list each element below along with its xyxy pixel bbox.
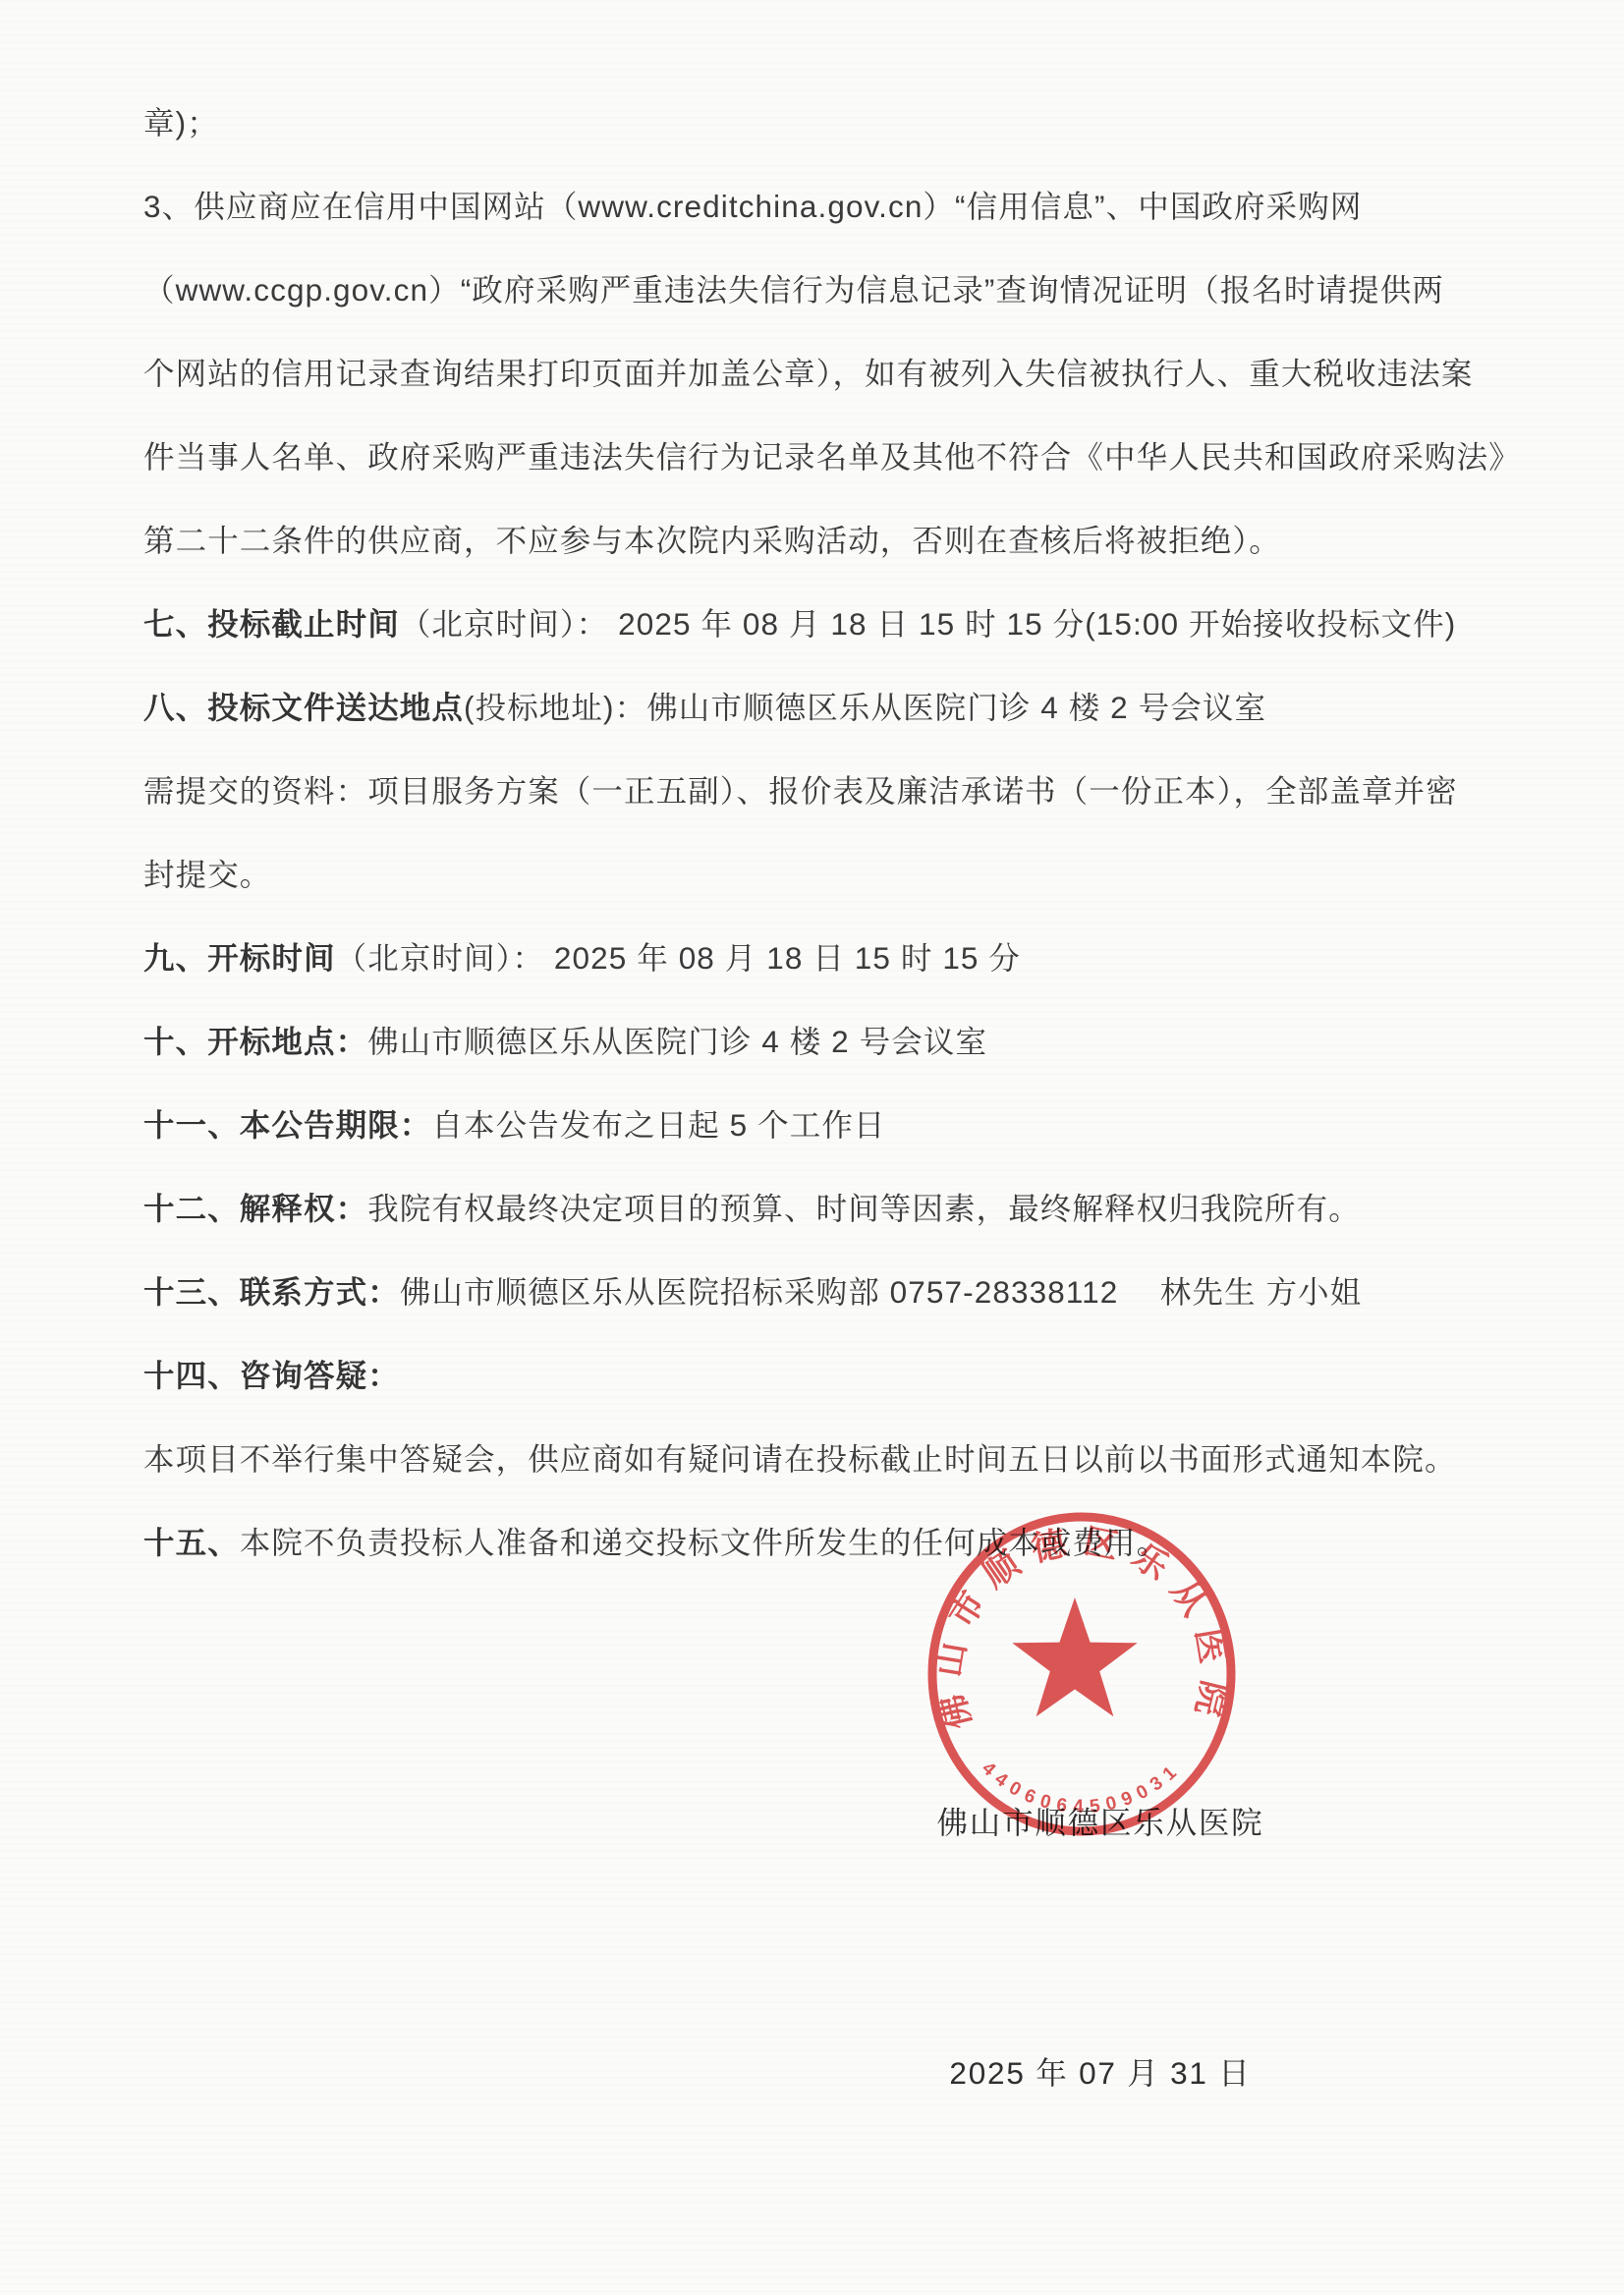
body-text: 件当事人名单、政府采购严重违法失信行为记录名单及其他不符合《中华人民共和国政府采… bbox=[143, 439, 1521, 475]
document-body: 章)；3、供应商应在信用中国网站（www.creditchina.gov.cn）… bbox=[143, 82, 1588, 1585]
body-text: 需提交的资料：项目服务方案（一正五副）、报价表及廉洁承诺书（一份正本），全部盖章… bbox=[143, 773, 1458, 809]
body-text: 我院有权最终决定项目的预算、时间等因素，最终解释权归我院所有。 bbox=[367, 1191, 1361, 1226]
section-heading-text: 十一、本公告期限： bbox=[143, 1107, 431, 1143]
signature-date: 2025 年 07 月 31 日 bbox=[925, 2032, 1275, 2115]
body-text: （北京时间）： 2025 年 08 月 18 日 15 时 15 分(15:00… bbox=[400, 606, 1457, 642]
text-line: 个网站的信用记录查询结果打印页面并加盖公章），如有被列入失信被执行人、重大税收违… bbox=[143, 332, 1588, 416]
text-line: 件当事人名单、政府采购严重违法失信行为记录名单及其他不符合《中华人民共和国政府采… bbox=[143, 416, 1588, 499]
text-line: 本项目不举行集中答疑会，供应商如有疑问请在投标截止时间五日以前以书面形式通知本院… bbox=[143, 1418, 1588, 1501]
body-text: 章)； bbox=[143, 105, 219, 140]
section-heading-text: 九、开标时间 bbox=[143, 940, 336, 976]
body-text: （北京时间）： 2025 年 08 月 18 日 15 时 15 分 bbox=[336, 940, 1021, 976]
section-heading-text: 八、投标文件送达地点 bbox=[143, 690, 464, 725]
text-line: 十三、联系方式：佛山市顺德区乐从医院招标采购部 0757-28338112 林先… bbox=[143, 1251, 1588, 1334]
body-text: 第二十二条件的供应商，不应参与本次院内采购活动，否则在查核后将被拒绝）。 bbox=[143, 523, 1281, 558]
section-heading-text: 十二、解释权： bbox=[143, 1191, 367, 1226]
body-text: 佛山市顺德区乐从医院招标采购部 0757-28338112 林先生 方小姐 bbox=[400, 1274, 1362, 1310]
body-text: 3、供应商应在信用中国网站（www.creditchina.gov.cn）“信用… bbox=[143, 189, 1362, 224]
text-line: 九、开标时间（北京时间）： 2025 年 08 月 18 日 15 时 15 分 bbox=[143, 917, 1588, 1000]
text-line: 十五、本院不负责投标人准备和递交投标文件所发生的任何成本或费用。 bbox=[143, 1501, 1588, 1585]
seal-star bbox=[1012, 1597, 1137, 1716]
section-heading-text: 十三、联系方式： bbox=[143, 1274, 400, 1310]
body-text: 个网站的信用记录查询结果打印页面并加盖公章），如有被列入失信被执行人、重大税收违… bbox=[143, 356, 1473, 391]
body-text: 自本公告发布之日起 5 个工作日 bbox=[431, 1107, 885, 1143]
body-text: （www.ccgp.gov.cn）“政府采购严重违法失信行为信息记录”查询情况证… bbox=[143, 272, 1444, 308]
text-line: 八、投标文件送达地点(投标地址)：佛山市顺德区乐从医院门诊 4 楼 2 号会议室 bbox=[143, 666, 1588, 750]
text-line: 章)； bbox=[143, 82, 1588, 165]
body-text: (投标地址)：佛山市顺德区乐从医院门诊 4 楼 2 号会议室 bbox=[464, 690, 1266, 725]
section-heading-text: 十、开标地点： bbox=[143, 1024, 367, 1059]
text-line: 七、投标截止时间（北京时间）： 2025 年 08 月 18 日 15 时 15… bbox=[143, 583, 1588, 666]
body-text: 佛山市顺德区乐从医院门诊 4 楼 2 号会议室 bbox=[367, 1024, 987, 1059]
text-line: 十四、咨询答疑： bbox=[143, 1334, 1588, 1418]
text-line: 十一、本公告期限：自本公告发布之日起 5 个工作日 bbox=[143, 1084, 1588, 1167]
section-heading-text: 七、投标截止时间 bbox=[143, 606, 400, 642]
text-line: 十二、解释权：我院有权最终决定项目的预算、时间等因素，最终解释权归我院所有。 bbox=[143, 1167, 1588, 1251]
text-line: 3、供应商应在信用中国网站（www.creditchina.gov.cn）“信用… bbox=[143, 165, 1588, 249]
body-text: 封提交。 bbox=[143, 857, 271, 892]
official-seal-stamp: 佛山市顺德区乐从医院 4406064509031 bbox=[920, 1504, 1246, 1846]
document-page: 章)；3、供应商应在信用中国网站（www.creditchina.gov.cn）… bbox=[0, 0, 1624, 2295]
section-heading-text: 十四、咨询答疑： bbox=[143, 1358, 400, 1393]
text-line: 第二十二条件的供应商，不应参与本次院内采购活动，否则在查核后将被拒绝）。 bbox=[143, 499, 1588, 583]
text-line: 十、开标地点：佛山市顺德区乐从医院门诊 4 楼 2 号会议室 bbox=[143, 1000, 1588, 1084]
text-line: 封提交。 bbox=[143, 833, 1588, 917]
section-heading-text: 十五、 bbox=[143, 1525, 240, 1560]
text-line: 需提交的资料：项目服务方案（一正五副）、报价表及廉洁承诺书（一份正本），全部盖章… bbox=[143, 750, 1588, 833]
body-text: 本项目不举行集中答疑会，供应商如有疑问请在投标截止时间五日以前以书面形式通知本院… bbox=[143, 1441, 1457, 1477]
text-line: （www.ccgp.gov.cn）“政府采购严重违法失信行为信息记录”查询情况证… bbox=[143, 249, 1588, 332]
